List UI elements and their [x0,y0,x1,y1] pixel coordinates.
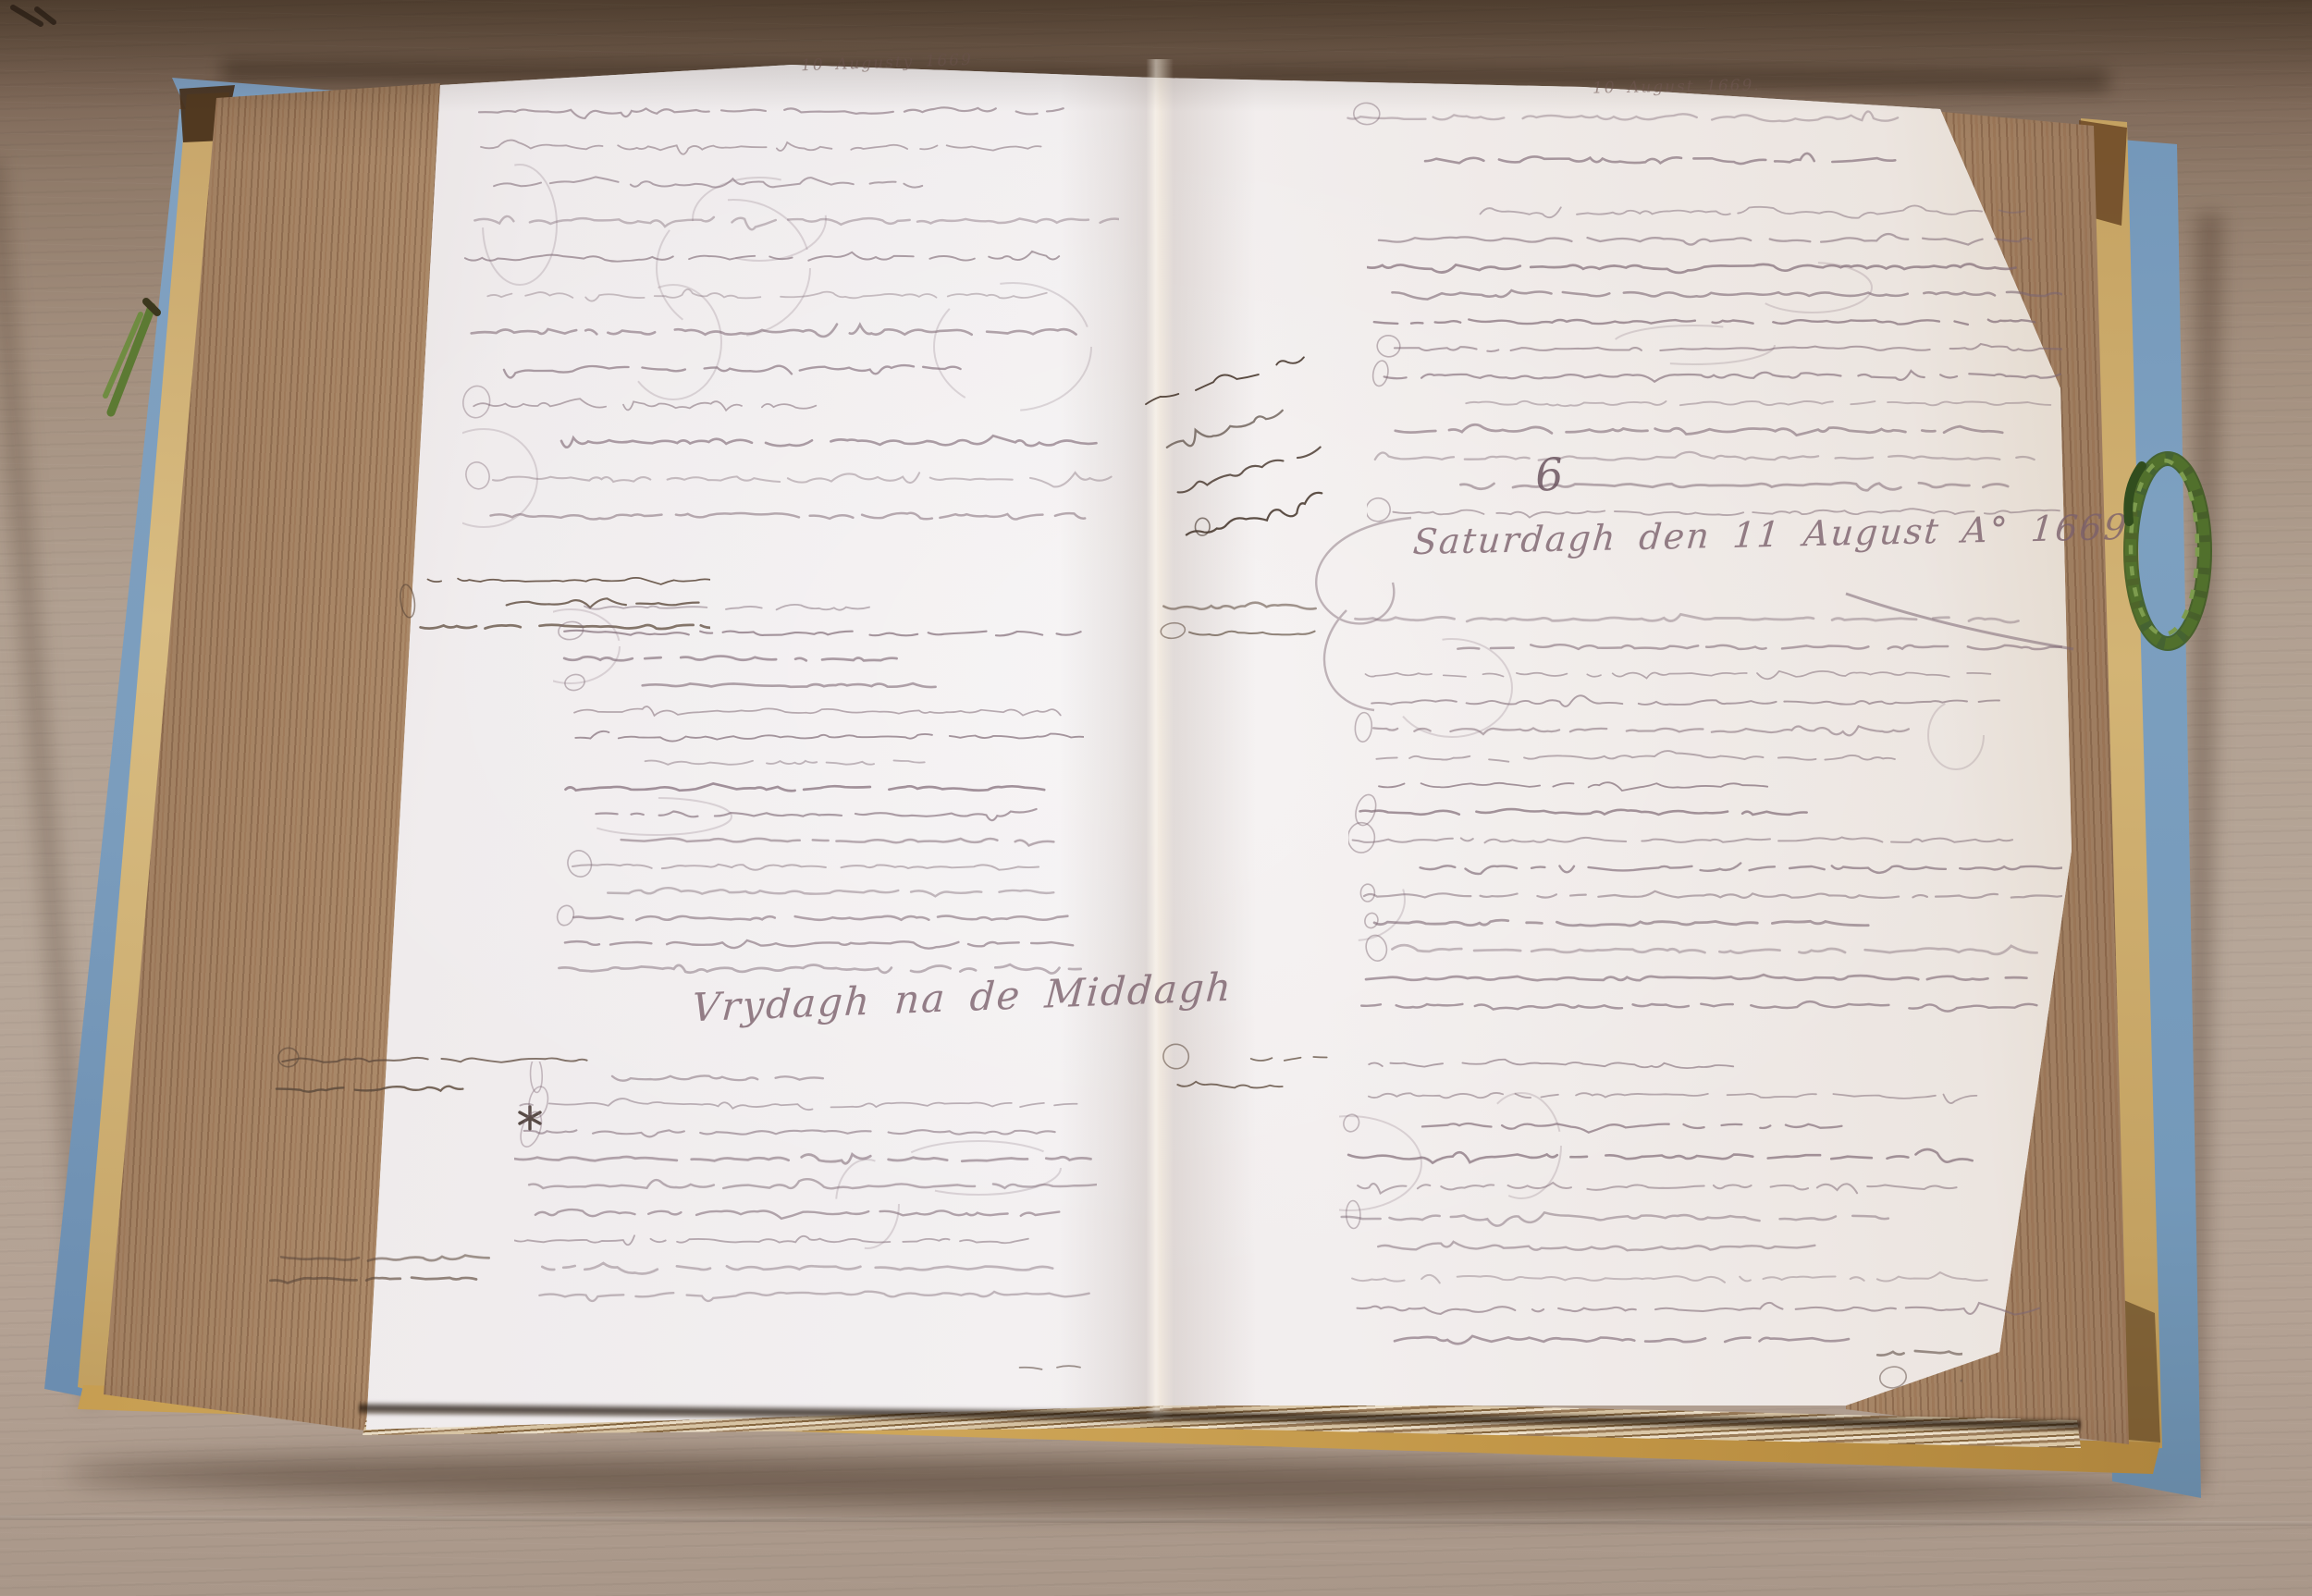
vignette-overlay [0,0,2312,1596]
photo-of-open-manuscript: 10 Augusty 1669 Vrydagh na de Middagh 10 [0,0,2312,1596]
